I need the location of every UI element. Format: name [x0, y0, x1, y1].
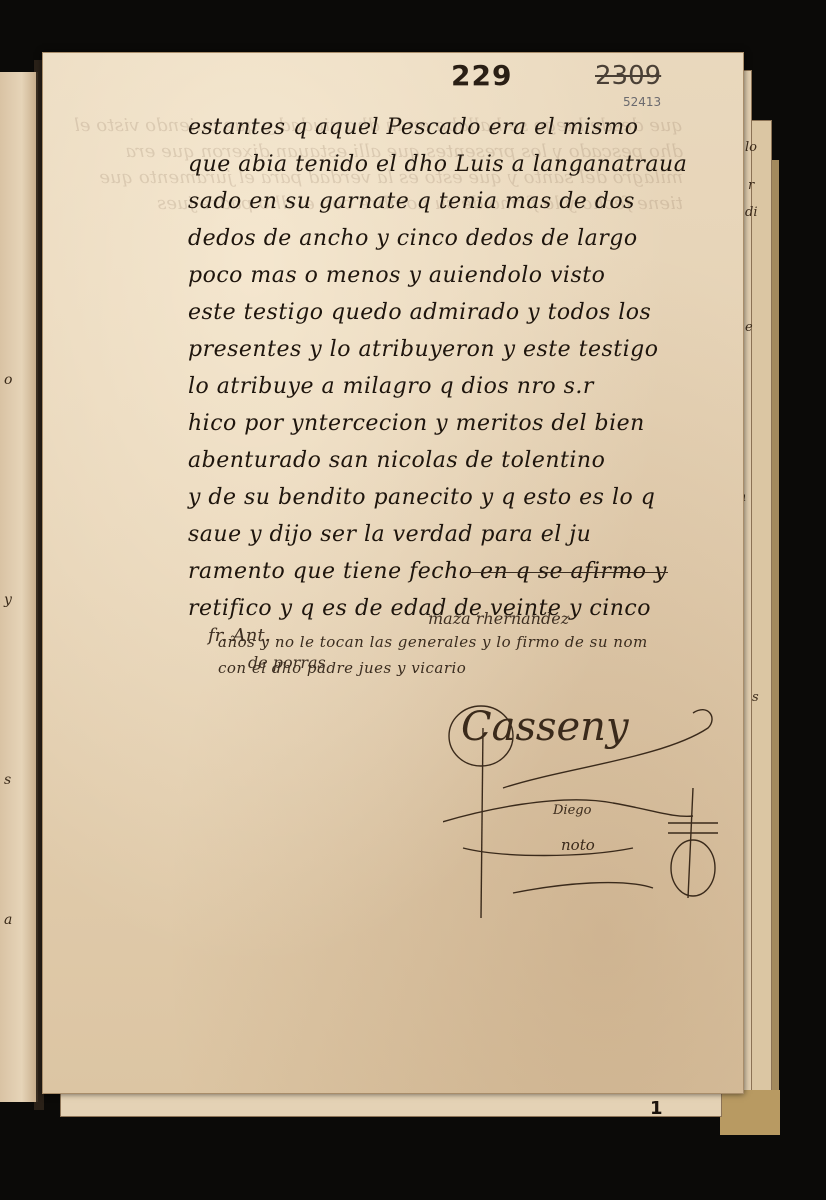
- folio-number: 229: [451, 59, 512, 92]
- text-line: ramento que tiene fecho en q se afirmo y: [188, 559, 728, 596]
- margin-fragment: r: [748, 178, 754, 193]
- notary-given-name: Diego: [553, 803, 591, 818]
- left-page-fragment: a: [4, 912, 12, 928]
- text-line: estantes q aquel Pescado era el mismo: [188, 115, 728, 152]
- main-text-body: estantes q aquel Pescado era el mismo qu…: [188, 115, 728, 685]
- archive-stamp: 52413: [623, 95, 661, 109]
- text-line: poco mas o menos y auiendolo visto: [188, 263, 728, 300]
- notary-signature: Casseny Diego noto: [443, 698, 723, 928]
- text-line: que abia tenido el dho Luis a langanatra…: [188, 152, 728, 189]
- margin-fragment: e: [745, 320, 753, 335]
- text-line: hico por yntercecion y meritos del bien: [188, 411, 728, 448]
- page-stack-edge: [720, 1090, 780, 1135]
- footer-mark: 1: [650, 1098, 663, 1119]
- left-page-fragment: o: [4, 372, 12, 388]
- friar-signature-line1: fr. Ant.: [208, 625, 270, 646]
- text-line: saue y dijo ser la verdad para el ju: [188, 522, 728, 559]
- margin-fragment: lo: [745, 140, 757, 155]
- margin-fragment: di: [745, 205, 757, 220]
- text-line: este testigo quedo admirado y todos los: [188, 300, 728, 337]
- folio-number-crossed: 2309: [595, 61, 661, 91]
- left-page-edge: o y s a: [0, 72, 38, 1102]
- text-line: dedos de ancho y cinco dedos de largo: [188, 226, 728, 263]
- notary-name: Casseny: [461, 704, 629, 750]
- witness-signature: maza rhernandez: [428, 609, 569, 628]
- text-line: y de su bendito panecito y q esto es lo …: [188, 485, 728, 522]
- text-line: lo atribuye a milagro q dios nro s.r: [188, 374, 728, 411]
- text-line: sado en su garnate q tenia mas de dos: [188, 189, 728, 226]
- text-line: presentes y lo atribuyeron y este testig…: [188, 337, 728, 374]
- closing-rule: [468, 572, 668, 573]
- text-line: abenturado san nicolas de tolentino: [188, 448, 728, 485]
- left-page-fragment: y: [4, 592, 12, 608]
- manuscript-page: que desde luego se hallaba en la dha ciu…: [42, 52, 744, 1094]
- notary-title: noto: [561, 836, 595, 854]
- margin-fragment: s: [752, 690, 759, 705]
- friar-signature-line2: de porras: [248, 653, 326, 672]
- left-page-fragment: s: [4, 772, 11, 788]
